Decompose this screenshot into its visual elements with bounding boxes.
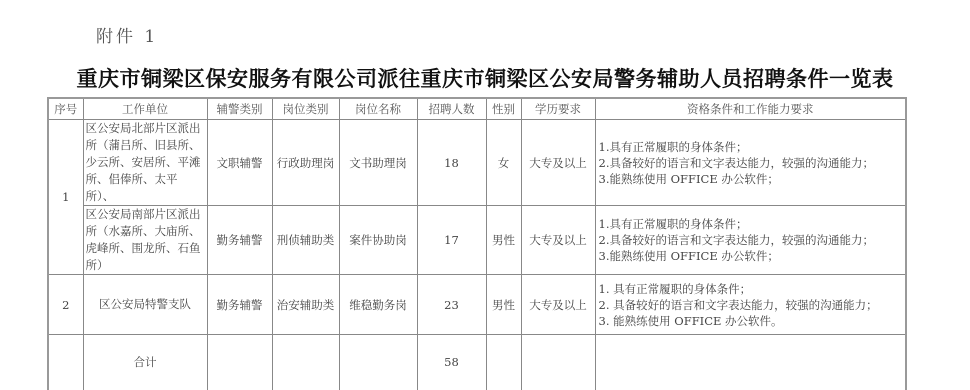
post-type-cell: 行政助理岗	[272, 120, 339, 206]
requirement-line: 1.具有正常履职的身体条件；	[599, 139, 903, 155]
requirement-line: 3.能熟练使用 OFFICE 办公软件；	[599, 171, 903, 187]
requirement-line: 1. 具有正常履职的身体条件；	[599, 281, 903, 297]
count-cell: 18	[417, 120, 486, 206]
requirement-line: 2.具备较好的语言和文字表达能力，较强的沟通能力；	[599, 155, 903, 171]
unit-cell: 区公安局特警支队	[83, 275, 207, 335]
requirement-line: 3. 能熟练使用 OFFICE 办公软件。	[599, 313, 903, 329]
attachment-label: 附件 1	[96, 22, 158, 47]
gender-cell: 男性	[486, 275, 521, 335]
post-type-cell: 治安辅助类	[272, 275, 339, 335]
seq-cell: 2	[48, 275, 83, 335]
total-count: 58	[417, 335, 486, 390]
table-row: 1 区公安局北部片区派出所（蒲吕所、旧县所、少云所、安居所、平滩所、侣俸所、太平…	[48, 120, 906, 206]
total-row: 合计 58	[48, 335, 906, 390]
empty-cell	[339, 335, 417, 390]
unit-cell: 区公安局南部片区派出所（水嘉所、大庙所、虎峰所、围龙所、石鱼所）	[83, 206, 207, 275]
empty-cell	[272, 335, 339, 390]
education-cell: 大专及以上	[521, 206, 595, 275]
table-row: 2 区公安局特警支队 勤务辅警 治安辅助类 维稳勤务岗 23 男性 大专及以上 …	[48, 275, 906, 335]
requirement-line: 1.具有正常履职的身体条件；	[599, 216, 903, 232]
requirements-cell: 1. 具有正常履职的身体条件； 2. 具备较好的语言和文字表达能力，较强的沟通能…	[595, 275, 906, 335]
requirements-cell: 1.具有正常履职的身体条件； 2.具备较好的语言和文字表达能力，较强的沟通能力；…	[595, 120, 906, 206]
education-cell: 大专及以上	[521, 120, 595, 206]
requirements-cell: 1.具有正常履职的身体条件； 2.具备较好的语言和文字表达能力，较强的沟通能力；…	[595, 206, 906, 275]
requirement-line: 2.具备较好的语言和文字表达能力，较强的沟通能力；	[599, 232, 903, 248]
total-label: 合计	[83, 335, 207, 390]
education-cell: 大专及以上	[521, 275, 595, 335]
post-type-cell: 刑侦辅助类	[272, 206, 339, 275]
aux-type-cell: 勤务辅警	[207, 275, 272, 335]
post-name-cell: 案件协助岗	[339, 206, 417, 275]
aux-type-cell: 文职辅警	[207, 120, 272, 206]
empty-cell	[521, 335, 595, 390]
recruitment-table: 序号 工作单位 辅警类别 岗位类别 岗位名称 招聘人数 性别 学历要求 资格条件…	[47, 97, 907, 390]
table-header-row: 序号 工作单位 辅警类别 岗位类别 岗位名称 招聘人数 性别 学历要求 资格条件…	[48, 98, 906, 120]
empty-cell	[486, 335, 521, 390]
post-name-cell: 文书助理岗	[339, 120, 417, 206]
unit-cell: 区公安局北部片区派出所（蒲吕所、旧县所、少云所、安居所、平滩所、侣俸所、太平所）…	[83, 120, 207, 206]
header-education: 学历要求	[521, 98, 595, 120]
count-cell: 23	[417, 275, 486, 335]
empty-cell	[207, 335, 272, 390]
header-unit: 工作单位	[83, 98, 207, 120]
header-post-name: 岗位名称	[339, 98, 417, 120]
requirement-line: 3.能熟练使用 OFFICE 办公软件；	[599, 248, 903, 264]
seq-cell	[48, 335, 83, 390]
gender-cell: 男性	[486, 206, 521, 275]
header-gender: 性别	[486, 98, 521, 120]
header-count: 招聘人数	[417, 98, 486, 120]
header-seq: 序号	[48, 98, 83, 120]
requirement-line: 2. 具备较好的语言和文字表达能力，较强的沟通能力；	[599, 297, 903, 313]
gender-cell: 女	[486, 120, 521, 206]
document-title: 重庆市铜梁区保安服务有限公司派往重庆市铜梁区公安局警务辅助人员招聘条件一览表	[0, 63, 970, 93]
post-name-cell: 维稳勤务岗	[339, 275, 417, 335]
header-post-type: 岗位类别	[272, 98, 339, 120]
table-row: 区公安局南部片区派出所（水嘉所、大庙所、虎峰所、围龙所、石鱼所） 勤务辅警 刑侦…	[48, 206, 906, 275]
header-aux-type: 辅警类别	[207, 98, 272, 120]
empty-cell	[595, 335, 906, 390]
aux-type-cell: 勤务辅警	[207, 206, 272, 275]
count-cell: 17	[417, 206, 486, 275]
seq-cell: 1	[48, 120, 83, 275]
header-requirements: 资格条件和工作能力要求	[595, 98, 906, 120]
